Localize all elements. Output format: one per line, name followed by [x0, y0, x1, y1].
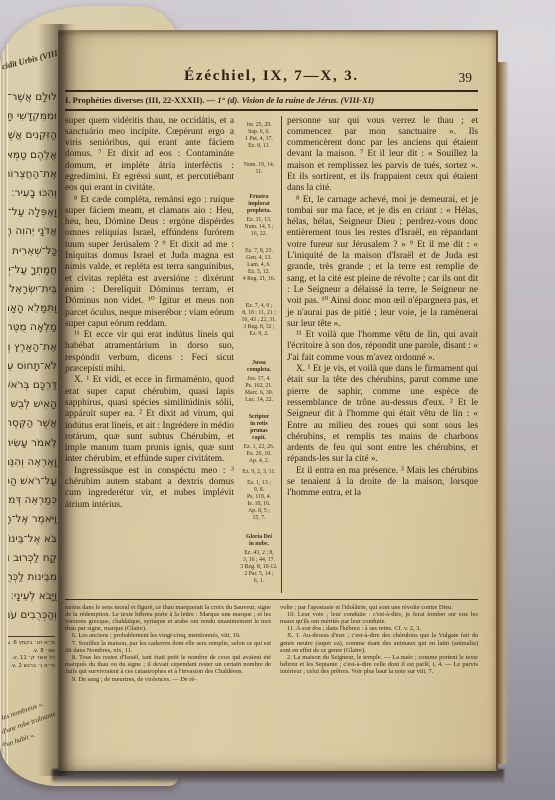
hebrew-line: לֹא־תָחוֹס עֵינִי [8, 357, 57, 376]
french-paragraph: X. ¹ Et je vis, et voilà que dans le fir… [287, 364, 478, 466]
right-page: Ézéchiel, IX, 7—X, 3. 39 I. Prophéties d… [58, 30, 498, 771]
section-heading-part2: 1° (d). Vision de la ruine de Jérus. (VI… [217, 95, 374, 105]
hebrew-line: אֶת־הַחֲצֵרוֹת חֲלָלִים [8, 165, 57, 184]
latin-text-column: super quem vidéritis thau, ne occidátis,… [65, 116, 234, 593]
hebrew-text-column: לוּלָם אֲשֶׁר־עָלָיווּמִמִּקְדָּשִׁי תָּ… [8, 88, 57, 626]
page-block-fore-edge [498, 62, 509, 764]
section-rule [65, 109, 478, 111]
reference-block: Jer. 25, 29. Sap. 6, 6. 1 Pet. 4, 17. Ez… [239, 122, 281, 150]
apparatus-line: שצ׳ v. 8. [8, 648, 55, 656]
latin-paragraph: Ingressúsque est in conspéctu meo : ³ ch… [65, 466, 234, 511]
hebrew-line: אֲדֹנָי יְהוִה הֲמַשְׁחִית [8, 222, 57, 241]
hebrew-line: הָאִישׁ לְבֻשׁ הַבַּדִּים [8, 395, 57, 414]
french-text-column: personne sur qui vous verrez le thau ; e… [287, 116, 478, 593]
hebrew-line: כְּמַרְאֵה דְּמוּת כִּסֵּא [8, 491, 57, 510]
footnote: 2. La maison du Seigneur, le temple. — L… [280, 654, 478, 676]
reference-block: Ez. 43, 2 ; 8, 3, 16 ; 44, 17. 3 Reg. 8,… [239, 550, 281, 585]
hebrew-line: אֲלֵהֶם טַמְּאוּ אֶת־ [8, 146, 57, 165]
book-photo: cidit Urbis (VIII-X לוּלָם אֲשֶׁר־עָלָיו… [0, 0, 555, 800]
hebrew-line: וַיֹּאמֶר אֶל־הָאִישׁ [8, 510, 57, 529]
hebrew-line: הַזְּקֵנִים אֲשֶׁר לִפְנֵי [8, 126, 57, 145]
left-page-running-header: cidit Urbis (VIII-X [1, 47, 64, 72]
hebrew-line: קַח לַכְּרוּב וּמַלֵּא [8, 549, 57, 568]
reference-block: Ez. 11, 13. Num. 14, 5 ; 16, 22. [239, 217, 281, 238]
footnote: 6. Les anciens ; probablement les vingt-… [65, 632, 271, 639]
left-page-footnote-fragments: les nombreux ».d'une robe traînanted'un … [0, 698, 62, 746]
latin-paragraph: X. ¹ Et vidi, et ecce in firmaménto, quo… [65, 375, 234, 465]
hebrew-line: דַּרְכָּם בְּרֹאשָׁם נָתָתִּי׃ [8, 376, 57, 395]
footnote: 11. A son dos ; dans l'hébreu : à ses re… [280, 625, 478, 632]
references-column: Jer. 25, 29. Sap. 6, 6. 1 Pet. 4, 17. Ez… [239, 116, 282, 593]
french-paragraph: Et il entra en ma présence. ³ Mais les c… [287, 466, 478, 500]
hebrew-line: וְהִכּוּ בָעִיר׃ וַיְהִי [8, 184, 57, 203]
hebrew-line: וָאֶרְאֶה וְהִנֵּה אֶל־ [8, 453, 57, 472]
hebrew-line: בֵּית־יִשְׂרָאֵל וִיהוּדָה [8, 280, 57, 299]
left-page-stack-edges [0, 6, 8, 786]
reference-block: Ez. 1, 22, 26. Ex. 26, 10. Ap. 4, 2. [239, 444, 281, 465]
hebrew-line: חֲמָתְךָ עַל־יְרוּשָׁלִָם [8, 261, 57, 280]
hebrew-line: בֹּא אֶל־בֵּינוֹת לַגַּלְגַּל [8, 530, 57, 549]
section-heading: I. Prophéties diverses (III, 22-XXXII). … [65, 92, 478, 107]
hebrew-line: אֶת־הָאָרֶץ וְאֵין [8, 338, 57, 357]
footnotes: moins dans le sens moral et figuré, ce t… [65, 604, 478, 683]
hebrew-line: לֵאמֹר עָשִׂיתִי כַּאֲשֶׁר [8, 434, 57, 453]
reference-block: Frustra implorat propheta. [239, 194, 281, 215]
footnote: 9. De sang ; de meurtres, de violences. … [65, 676, 271, 683]
reference-block: Ez. 7, 8, 23. Gen. 4, 13. Lam. 4, 6. Ez.… [239, 248, 281, 283]
footnotes-right-column: volte ; par l'apostasie et l'idolâtrie, … [280, 604, 478, 683]
french-paragraph: personne sur qui vous verrez le thau ; e… [287, 116, 478, 195]
book-bottom-shadow [52, 769, 504, 784]
apparatus-line: מ״א נ׳ ברגש v. 2. [8, 663, 55, 671]
running-header: Ézéchiel, IX, 7—X, 3. 39 [65, 68, 478, 85]
latin-paragraph: ⁸ Et cæde compléta, remánsi ego : ruíque… [65, 195, 234, 331]
hebrew-line: וּמִמִּקְדָּשִׁי תָּחֵלּוּ [8, 107, 57, 126]
apparatus-line: כל אשר ק׳ v. 11. [8, 655, 55, 663]
french-paragraph: ¹¹ Et voilà que l'homme vêtu de lin, qui… [287, 330, 478, 364]
footnote: 8. Tous les restes d'Israël, tant était … [65, 654, 271, 676]
page-number: 39 [459, 70, 473, 86]
reference-block: Ez. 9, 2, 3, 11. [239, 469, 281, 476]
footnotes-left-column: moins dans le sens moral et figuré, ce t… [65, 604, 271, 683]
footnote: 10. Leur voie ; leur conduite : c'est-à-… [280, 611, 478, 625]
footnote: X. 1. Au-dessus d'eux ; c'est-à-dire des… [280, 632, 478, 654]
hebrew-line: כָּל־שְׁאֵרִית יִשְׂרָאֵל [8, 242, 57, 261]
hebrew-line: וַיָּבֹא לְעֵינָי׃ [8, 587, 57, 606]
hebrew-line: וָאֶפְּלָה עַל־פָּנַי [8, 203, 57, 222]
reference-block: Gloria Dei in nube. [239, 534, 281, 548]
hebrew-line: מִבֵּינוֹת לַכְּרֻבִים [8, 568, 57, 587]
footnote: volte ; par l'apostasie et l'idolâtrie, … [280, 604, 478, 611]
hebrew-line: לוּלָם אֲשֶׁר־עָלָיו [8, 88, 57, 107]
hebrew-line: עַל־רֹאשׁ הַכְּרֻבִים [8, 472, 57, 491]
hebrew-line: אֲשֶׁר הַקֶּסֶת בְּמָתְנָיו [8, 414, 57, 433]
latin-paragraph: ¹¹ Et ecce vir qui erat indútus líneis q… [65, 330, 234, 375]
hebrew-apparatus-notes: מ״א חג׳ בקמץ v. 6.שצ׳ v. 8.כל אשר ק׳ v. … [8, 636, 55, 670]
footnote: moins dans le sens moral et figuré, ce t… [65, 604, 271, 633]
footnote: 7. Souillez la maison, par les cadavres … [65, 640, 271, 654]
french-paragraph: ⁸ Et, le carnage achevé, moi je demeurai… [287, 195, 478, 331]
footnote-separator [65, 599, 478, 600]
text-body: super quem vidéritis thau, ne occidátis,… [65, 116, 478, 593]
hebrew-line: וְהַכְּרֻבִים עֹמְדִים [8, 606, 57, 625]
reference-block: Jos. 17, 4. Ps. 102, 21. Marc. 6, 30. Lu… [239, 376, 281, 404]
running-header-title: Ézéchiel, IX, 7—X, 3. [184, 68, 359, 84]
reference-block: Num. 19, 14, 11. [239, 162, 281, 176]
reference-block: Jussa completa. [239, 360, 281, 374]
hebrew-line: מָלְאָה מֻטֶּה כִּי [8, 318, 57, 337]
hebrew-line: וַתִּמָּלֵא הָאָרֶץ דָּמִים [8, 299, 57, 318]
reference-block: Ez. 1, 13 ; 9, 8. Ps. 119, 4. Is. 10, 16… [239, 480, 281, 522]
reference-block: Scriptor in rotis prunas capit. [239, 414, 281, 442]
section-heading-part1: I. Prophéties diverses (III, 22-XXXII). … [65, 95, 217, 105]
reference-block: Ez. 7, 4, 9 ; 8, 18 ; 11, 21 ; 16, 43 ; … [239, 303, 281, 338]
latin-paragraph: super quem vidéritis thau, ne occidátis,… [65, 116, 234, 195]
apparatus-line: מ״א חג׳ בקמץ v. 6. [8, 640, 55, 648]
